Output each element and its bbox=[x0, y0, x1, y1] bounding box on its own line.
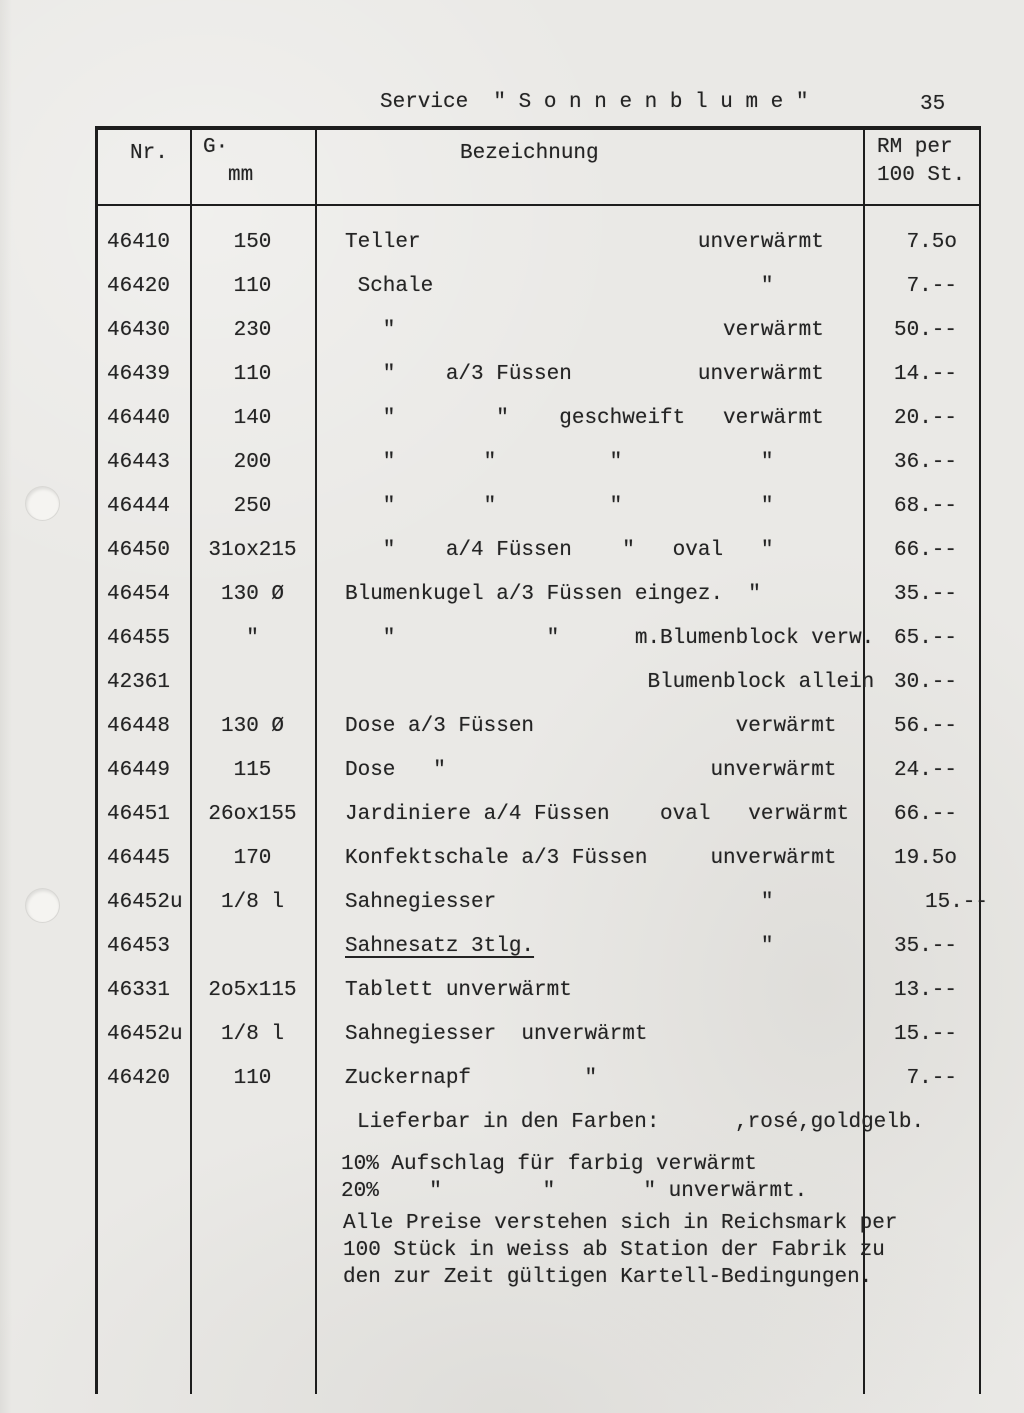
row-description-text: " a/3 Füssen unverwärmt bbox=[345, 363, 824, 386]
row-price: 66.-- bbox=[863, 529, 979, 573]
table-row: 4645126ox155Jardiniere a/4 Füssen oval v… bbox=[95, 793, 981, 837]
row-size-mm: 110 bbox=[190, 265, 315, 309]
row-description-text: Blumenblock allein bbox=[345, 671, 874, 694]
row-article-number: 46448 bbox=[107, 705, 170, 749]
row-size-mm: " bbox=[190, 617, 315, 661]
table-header-separator bbox=[95, 204, 981, 206]
row-size-mm: 200 bbox=[190, 441, 315, 485]
row-description: " " geschweift verwärmt bbox=[345, 397, 824, 441]
table-row: 46445170Konfektschale a/3 Füssen unverwä… bbox=[95, 837, 981, 881]
table-row: 4645031ox215 " a/4 Füssen " oval "66.-- bbox=[95, 529, 981, 573]
row-description-text: Konfektschale a/3 Füssen unverwärmt bbox=[345, 847, 836, 870]
row-description-text: Zuckernapf " bbox=[345, 1067, 597, 1090]
row-price: 30.-- bbox=[863, 661, 979, 705]
table-row: 46449115Dose " unverwärmt24.-- bbox=[95, 749, 981, 793]
note-surcharge-verwaermt: 10% Aufschlag für farbig verwärmt bbox=[341, 1152, 757, 1178]
table-row: 46452u1/8 lSahnegiesser unverwärmt15.-- bbox=[95, 1013, 981, 1057]
row-description: Sahnegiesser " bbox=[345, 881, 773, 925]
table-row: 46448130 ØDose a/3 Füssen verwärmt56.-- bbox=[95, 705, 981, 749]
row-description: Blumenkugel a/3 Füssen eingez. " bbox=[345, 573, 761, 617]
table-row: 46455" " " m.Blumenblock verw.65.-- bbox=[95, 617, 981, 661]
row-description-text: Blumenkugel a/3 Füssen eingez. " bbox=[345, 583, 761, 606]
row-article-number: 46420 bbox=[107, 1057, 170, 1101]
row-article-number: 46454 bbox=[107, 573, 170, 617]
table-row: 46452u1/8 lSahnegiesser "15.-- bbox=[95, 881, 981, 925]
row-price: 65.-- bbox=[863, 617, 979, 661]
row-description-text: " verwärmt bbox=[345, 319, 824, 342]
row-description-text: Sahnegiesser " bbox=[345, 891, 773, 914]
row-description-text: " " " " bbox=[345, 451, 773, 474]
table-row: 46453Sahnesatz 3tlg. "35.-- bbox=[95, 925, 981, 969]
row-description: Schale " bbox=[345, 265, 773, 309]
row-description-text: Jardiniere a/4 Füssen oval verwärmt bbox=[345, 803, 849, 826]
note-surcharge-unverwaermt: 20% " " " unverwärmt. bbox=[341, 1179, 807, 1205]
row-description: " " " " bbox=[345, 485, 773, 529]
row-description-text: " " geschweift verwärmt bbox=[345, 407, 824, 430]
row-article-number: 46450 bbox=[107, 529, 170, 573]
row-price: 35.-- bbox=[863, 925, 979, 969]
row-description: Blumenblock allein bbox=[345, 661, 874, 705]
row-article-number: 46440 bbox=[107, 397, 170, 441]
row-price: 19.5o bbox=[863, 837, 979, 881]
row-description: Sahnesatz 3tlg. " bbox=[345, 925, 773, 969]
row-size-mm bbox=[190, 925, 315, 969]
row-description: Zuckernapf " bbox=[345, 1057, 597, 1101]
row-price: 56.-- bbox=[863, 705, 979, 749]
row-article-number: 46449 bbox=[107, 749, 170, 793]
page-title: Service " S o n n e n b l u m e " bbox=[380, 90, 808, 116]
row-article-number: 46410 bbox=[107, 221, 170, 265]
table-row: 42361 Blumenblock allein30.-- bbox=[95, 661, 981, 705]
row-description-text: Teller unverwärmt bbox=[345, 231, 824, 254]
row-description-text: " a/4 Füssen " oval " bbox=[345, 539, 773, 562]
row-description-text: Schale " bbox=[345, 275, 773, 298]
row-description-text: Tablett unverwärmt bbox=[345, 979, 572, 1002]
table-row: 46430230 " verwärmt50.-- bbox=[95, 309, 981, 353]
row-description-text: " " m.Blumenblock verw. bbox=[345, 627, 874, 650]
punch-hole-top bbox=[26, 487, 59, 520]
row-size-mm: 1/8 l bbox=[190, 1013, 315, 1057]
row-size-mm: 130 Ø bbox=[190, 705, 315, 749]
row-size-mm: 110 bbox=[190, 353, 315, 397]
row-description: " verwärmt bbox=[345, 309, 824, 353]
row-size-mm: 1/8 l bbox=[190, 881, 315, 925]
row-price: 35.-- bbox=[863, 573, 979, 617]
row-price: 15.-- bbox=[872, 881, 988, 925]
row-description: Sahnegiesser unverwärmt bbox=[345, 1013, 647, 1057]
table-row: 46420110Zuckernapf "7.-- bbox=[95, 1057, 981, 1101]
row-price: 7.-- bbox=[863, 1057, 979, 1101]
row-size-mm: 140 bbox=[190, 397, 315, 441]
row-article-number: 46453 bbox=[107, 925, 170, 969]
row-description: " " " " bbox=[345, 441, 773, 485]
row-description-text: " " " " bbox=[345, 495, 773, 518]
row-price: 15.-- bbox=[863, 1013, 979, 1057]
row-price: 7.5o bbox=[863, 221, 979, 265]
row-description-text: Dose " unverwärmt bbox=[345, 759, 836, 782]
row-size-mm: 150 bbox=[190, 221, 315, 265]
row-description-text: Dose a/3 Füssen verwärmt bbox=[345, 715, 836, 738]
row-size-mm bbox=[190, 661, 315, 705]
page-number: 35 bbox=[920, 92, 945, 118]
row-size-mm: 31ox215 bbox=[190, 529, 315, 573]
row-price: 66.-- bbox=[863, 793, 979, 837]
row-description: Teller unverwärmt bbox=[345, 221, 824, 265]
row-article-number: 46443 bbox=[107, 441, 170, 485]
row-price: 20.-- bbox=[863, 397, 979, 441]
header-price-line2: 100 St. bbox=[877, 163, 965, 189]
row-article-number: 42361 bbox=[107, 661, 170, 705]
row-size-mm: 26ox155 bbox=[190, 793, 315, 837]
table-row: 46454130 ØBlumenkugel a/3 Füssen eingez.… bbox=[95, 573, 981, 617]
row-price: 13.-- bbox=[863, 969, 979, 1013]
row-description: " a/4 Füssen " oval " bbox=[345, 529, 773, 573]
header-bezeichnung: Bezeichnung bbox=[460, 141, 599, 167]
row-size-mm: 130 Ø bbox=[190, 573, 315, 617]
table-row: 46443200 " " " "36.-- bbox=[95, 441, 981, 485]
row-price: 7.-- bbox=[863, 265, 979, 309]
note-terms-line3: den zur Zeit gültigen Kartell-Bedingunge… bbox=[343, 1264, 872, 1291]
row-size-mm: 250 bbox=[190, 485, 315, 529]
header-g: G· bbox=[203, 135, 228, 161]
header-price-line1: RM per bbox=[877, 135, 953, 161]
row-description: Dose a/3 Füssen verwärmt bbox=[345, 705, 836, 749]
row-article-number: 46331 bbox=[107, 969, 170, 1013]
note-terms-line2: 100 Stück in weiss ab Station der Fabrik… bbox=[343, 1237, 885, 1264]
row-price: 68.-- bbox=[863, 485, 979, 529]
row-article-number: 46452u bbox=[107, 881, 183, 925]
table-row: 46444250 " " " "68.-- bbox=[95, 485, 981, 529]
row-size-mm: 170 bbox=[190, 837, 315, 881]
row-article-number: 46455 bbox=[107, 617, 170, 661]
note-colors-available: Lieferbar in den Farben: ,rosé,goldgelb. bbox=[357, 1110, 924, 1136]
row-description: Tablett unverwärmt bbox=[345, 969, 572, 1013]
row-size-mm: 2o5x115 bbox=[190, 969, 315, 1013]
row-size-mm: 110 bbox=[190, 1057, 315, 1101]
row-price: 24.-- bbox=[863, 749, 979, 793]
row-article-number: 46452u bbox=[107, 1013, 183, 1057]
punch-hole-bottom bbox=[26, 889, 59, 922]
row-size-mm: 230 bbox=[190, 309, 315, 353]
table-row: 46439110 " a/3 Füssen unverwärmt14.-- bbox=[95, 353, 981, 397]
row-description-text: " bbox=[534, 935, 773, 958]
row-article-number: 46439 bbox=[107, 353, 170, 397]
table-row: 46440140 " " geschweift verwärmt20.-- bbox=[95, 397, 981, 441]
row-description: Jardiniere a/4 Füssen oval verwärmt bbox=[345, 793, 849, 837]
row-description: " a/3 Füssen unverwärmt bbox=[345, 353, 824, 397]
row-price: 50.-- bbox=[863, 309, 979, 353]
row-article-number: 46420 bbox=[107, 265, 170, 309]
table-top-border bbox=[95, 126, 981, 130]
row-article-number: 46430 bbox=[107, 309, 170, 353]
header-nr: Nr. bbox=[130, 141, 168, 167]
row-size-mm: 115 bbox=[190, 749, 315, 793]
row-price: 14.-- bbox=[863, 353, 979, 397]
row-article-number: 46445 bbox=[107, 837, 170, 881]
table-row: 46420110 Schale "7.-- bbox=[95, 265, 981, 309]
row-description: " " m.Blumenblock verw. bbox=[345, 617, 874, 661]
row-description: Dose " unverwärmt bbox=[345, 749, 836, 793]
table-row: 463312o5x115Tablett unverwärmt13.-- bbox=[95, 969, 981, 1013]
row-price: 36.-- bbox=[863, 441, 979, 485]
note-terms-line1: Alle Preise verstehen sich in Reichsmark… bbox=[343, 1210, 898, 1237]
row-article-number: 46444 bbox=[107, 485, 170, 529]
row-description: Konfektschale a/3 Füssen unverwärmt bbox=[345, 837, 836, 881]
row-article-number: 46451 bbox=[107, 793, 170, 837]
scanned-price-list-page: Service " S o n n e n b l u m e " 35 Nr.… bbox=[0, 0, 1024, 1413]
table-row: 46410150Teller unverwärmt7.5o bbox=[95, 221, 981, 265]
header-mm: mm bbox=[228, 163, 253, 189]
row-description-text: Sahnegiesser unverwärmt bbox=[345, 1023, 647, 1046]
row-description-underlined: Sahnesatz 3tlg. bbox=[345, 935, 534, 958]
